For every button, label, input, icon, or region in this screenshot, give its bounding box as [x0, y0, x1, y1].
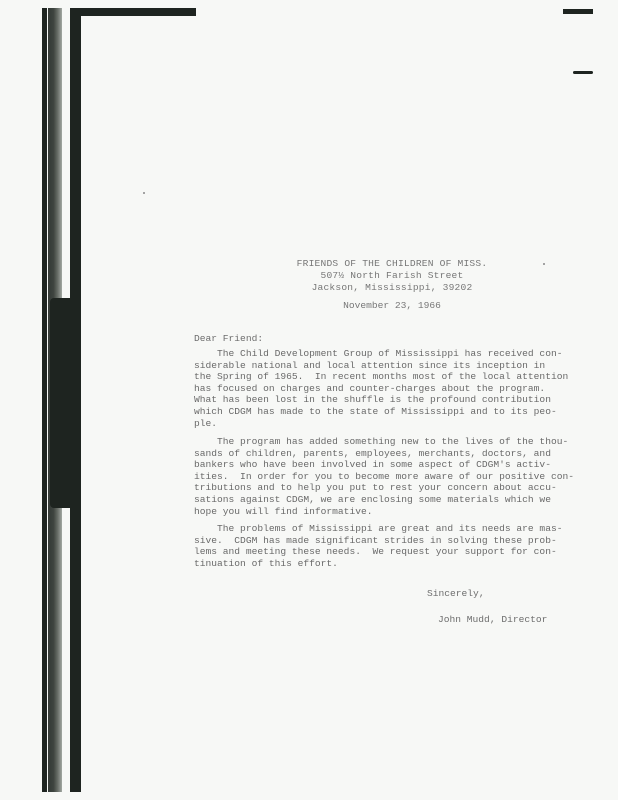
- scan-speck: [143, 192, 145, 194]
- letterhead-address: 507½ North Farish Street: [262, 270, 522, 282]
- body-paragraph-2: The program has added something new to t…: [194, 436, 569, 517]
- letterhead-organization: FRIENDS OF THE CHILDREN OF MISS.: [262, 258, 522, 270]
- scan-speck: [543, 263, 545, 265]
- body-paragraph-3: The problems of Mississippi are great an…: [194, 523, 569, 569]
- right-margin-scan-mark: [573, 71, 593, 74]
- binding-strip-block: [50, 298, 81, 508]
- binding-strip-outer: [42, 8, 47, 792]
- letter-date: November 23, 1966: [262, 300, 522, 311]
- top-edge-bar: [70, 8, 196, 16]
- signature: John Mudd, Director: [438, 614, 547, 625]
- top-right-scan-mark: [563, 9, 593, 14]
- letterhead: FRIENDS OF THE CHILDREN OF MISS. 507½ No…: [262, 258, 522, 294]
- salutation: Dear Friend:: [194, 333, 263, 344]
- closing: Sincerely,: [427, 588, 485, 599]
- body-paragraph-1: The Child Development Group of Mississip…: [194, 348, 569, 429]
- letterhead-city: Jackson, Mississippi, 39202: [262, 282, 522, 294]
